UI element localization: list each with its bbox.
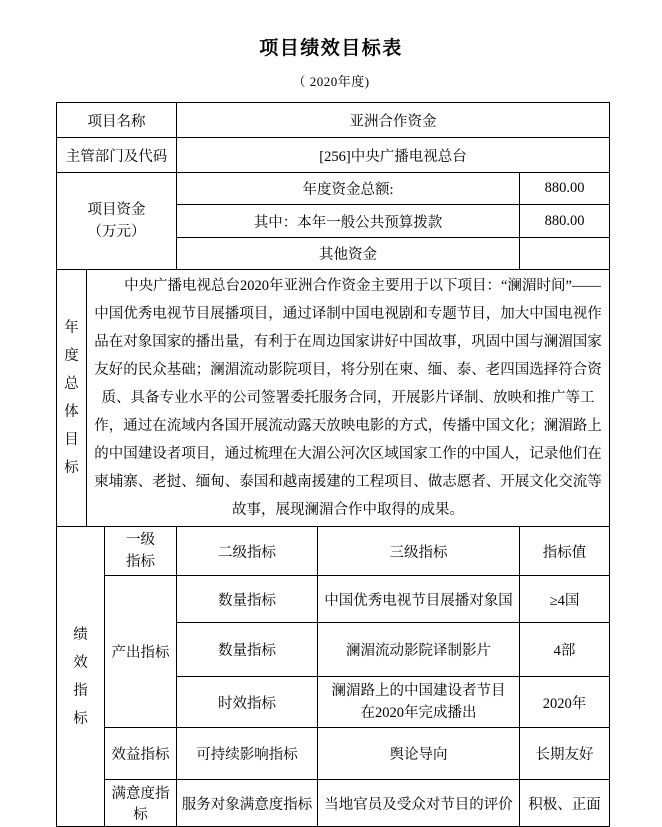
indicator-level2: 数量指标	[177, 623, 318, 677]
indicator-level3: 中国优秀电视节目展播对象国	[318, 576, 520, 623]
table-row: 满意度指标 服务对象满意度指标 当地官员及受众对节目的评价 积极、正面	[57, 780, 610, 827]
page-title: 项目绩效目标表	[0, 0, 662, 60]
page-subtitle: （ 2020年度)	[0, 71, 662, 90]
department-label: 主管部门及代码	[57, 138, 177, 173]
funding-value-total: 880.00	[520, 173, 610, 205]
header-level1: 一级 指标	[105, 527, 177, 576]
indicator-value: 积极、正面	[520, 780, 610, 827]
indicator-level2: 可持续影响指标	[177, 728, 318, 780]
project-name-value: 亚洲合作资金	[177, 103, 610, 138]
indicator-level1-satisfaction: 满意度指标	[105, 780, 177, 827]
indicators-section-label-text: 绩效指标	[73, 621, 89, 733]
indicator-value: 2020年	[520, 677, 610, 728]
funding-item-total: 年度资金总额:	[177, 173, 520, 205]
table-row: 项目名称 亚洲合作资金	[57, 103, 610, 138]
funding-value-other	[520, 238, 610, 270]
header-level2: 二级指标	[177, 527, 318, 576]
indicator-level1-output: 产出指标	[105, 576, 177, 728]
project-name-label: 项目名称	[57, 103, 177, 138]
annual-goal-text: 中央广播电视总台2020年亚洲合作资金主要用于以下项目：“澜湄时间”——中国优秀…	[87, 270, 610, 527]
funding-label: 项目资金 （万元）	[57, 173, 177, 270]
table-row: 项目资金 （万元） 年度资金总额: 880.00	[57, 173, 610, 205]
funding-item-other: 其他资金	[177, 238, 520, 270]
indicator-value: 长期友好	[520, 728, 610, 780]
indicator-level1-benefit: 效益指标	[105, 728, 177, 780]
header-level3: 三级指标	[318, 527, 520, 576]
indicator-level3: 舆论导向	[318, 728, 520, 780]
indicator-level2: 时效指标	[177, 677, 318, 728]
indicator-value: ≥4国	[520, 576, 610, 623]
table-row: 效益指标 可持续影响指标 舆论导向 长期友好	[57, 728, 610, 780]
performance-target-table: 项目名称 亚洲合作资金 主管部门及代码 [256]中央广播电视总台 项目资金 （…	[56, 102, 610, 827]
indicator-level3: 澜湄流动影院译制影片	[318, 623, 520, 677]
indicator-level3: 澜湄路上的中国建设者节目 在2020年完成播出	[318, 677, 520, 728]
annual-goal-label-text: 年度总体目标	[64, 314, 80, 482]
indicator-level2: 服务对象满意度指标	[177, 780, 318, 827]
header-value: 指标值	[520, 527, 610, 576]
department-value: [256]中央广播电视总台	[177, 138, 610, 173]
table-row: 产出指标 数量指标 中国优秀电视节目展播对象国 ≥4国	[57, 576, 610, 623]
funding-value-budget: 880.00	[520, 205, 610, 238]
indicator-value: 4部	[520, 623, 610, 677]
table-row: 绩效指标 一级 指标 二级指标 三级指标 指标值	[57, 527, 610, 576]
table-row: 年度总体目标 中央广播电视总台2020年亚洲合作资金主要用于以下项目：“澜湄时间…	[57, 270, 610, 527]
funding-item-budget: 其中：本年一般公共预算拨款	[177, 205, 520, 238]
annual-goal-label: 年度总体目标	[57, 270, 87, 527]
table-row: 主管部门及代码 [256]中央广播电视总台	[57, 138, 610, 173]
indicators-section-label: 绩效指标	[57, 527, 105, 827]
indicator-level3: 当地官员及受众对节目的评价	[318, 780, 520, 827]
indicator-level2: 数量指标	[177, 576, 318, 623]
